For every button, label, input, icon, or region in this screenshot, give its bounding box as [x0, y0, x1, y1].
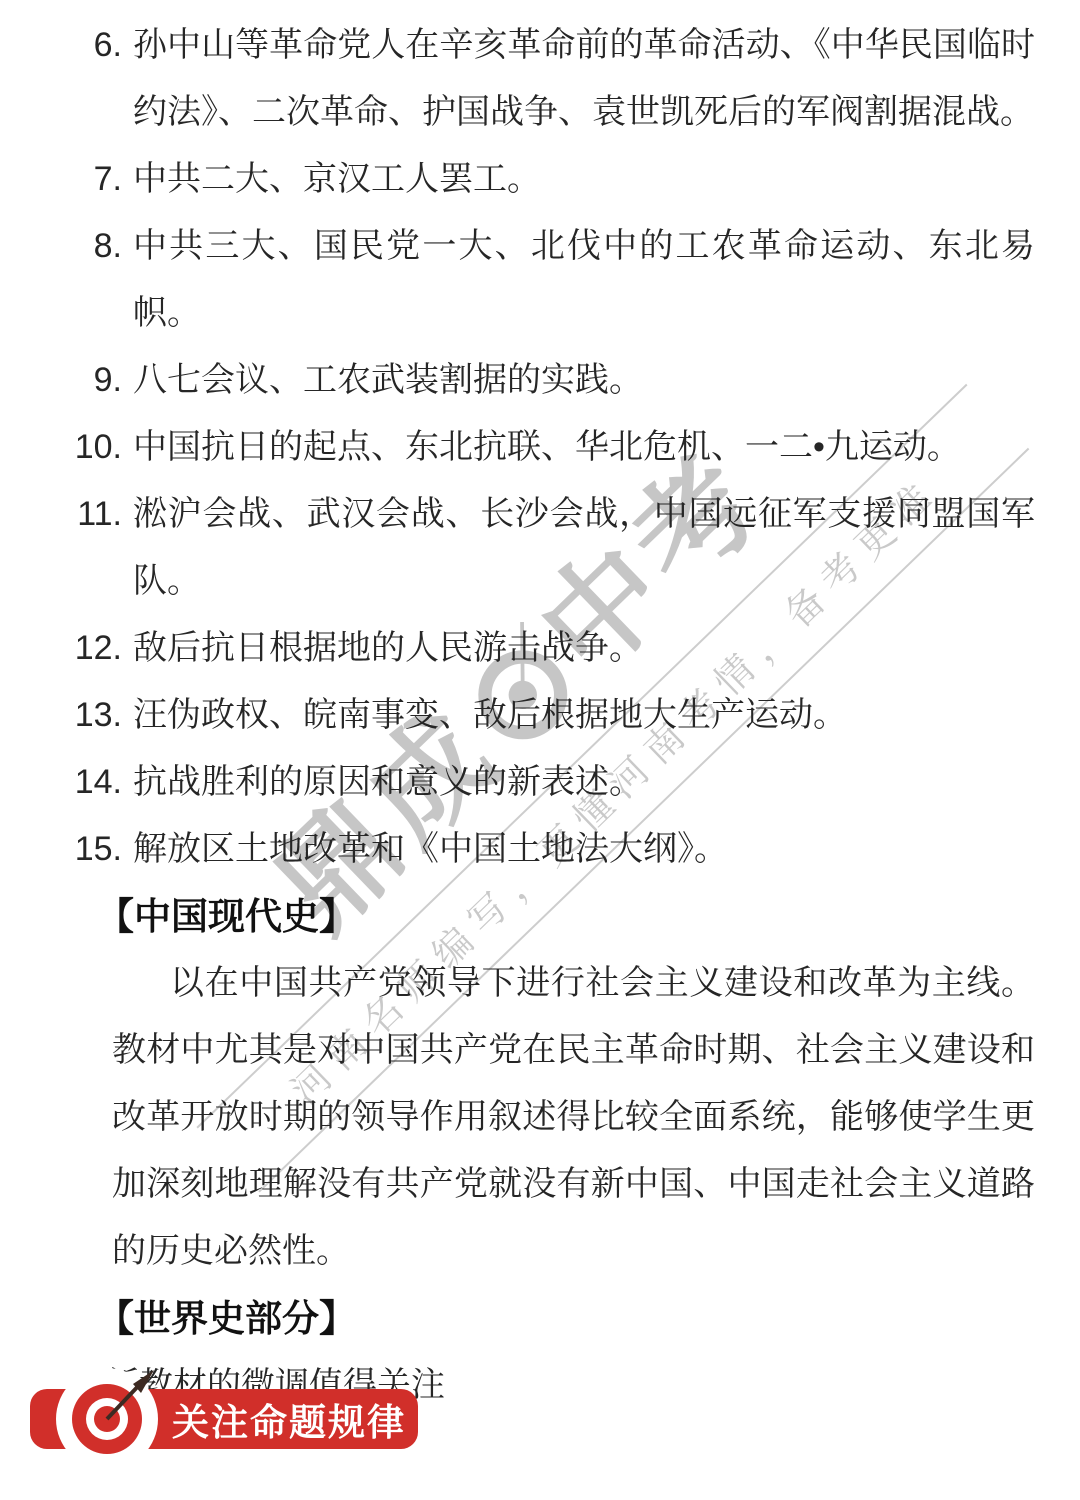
list-item-number: 11.: [0, 481, 122, 615]
list-item-number: 8.: [0, 213, 122, 347]
list-item-number: 7.: [0, 146, 122, 213]
list-item-text: 汪伪政权、皖南事变、敌后根据地大生产运动。: [133, 682, 1035, 749]
list-item: 15. 解放区土地改革和《中国土地法大纲》。: [0, 816, 1080, 883]
list-item-number: 14.: [0, 749, 122, 816]
document-content: 6. 孙中山等革命党人在辛亥革命前的革命活动、《中华民国临时约法》、二次革命、护…: [0, 0, 1080, 1419]
list-item: 9. 八七会议、工农武装割据的实践。: [0, 347, 1080, 414]
promo-badge: 关注命题规律: [30, 1389, 418, 1449]
list-item: 7. 中共二大、京汉工人罢工。: [0, 146, 1080, 213]
list-item: 14. 抗战胜利的原因和意义的新表述。: [0, 749, 1080, 816]
list-item-number: 12.: [0, 615, 122, 682]
list-item: 11. 淞沪会战、武汉会战、长沙会战，中国远征军支援同盟国军队。: [0, 481, 1080, 615]
promo-badge-label: 关注命题规律: [168, 1389, 410, 1449]
list-item: 12. 敌后抗日根据地的人民游击战争。: [0, 615, 1080, 682]
section-header-modern-china: 【中国现代史】: [0, 883, 1080, 950]
list-item-number: 13.: [0, 682, 122, 749]
document-page: 鼎成 中考 河南名师编写，更懂河南考情，备考更准 6. 孙中山等革命党人在辛亥革…: [0, 0, 1080, 1500]
list-item: 13. 汪伪政权、皖南事变、敌后根据地大生产运动。: [0, 682, 1080, 749]
list-item-text: 中共二大、京汉工人罢工。: [133, 146, 1035, 213]
list-item-number: 9.: [0, 347, 122, 414]
list-item-number: 6.: [0, 12, 122, 146]
section-header-world-history: 【世界史部分】: [0, 1285, 1080, 1352]
list-item: 8. 中共三大、国民党一大、北伐中的工农革命运动、东北易帜。: [0, 213, 1080, 347]
list-item: 6. 孙中山等革命党人在辛亥革命前的革命活动、《中华民国临时约法》、二次革命、护…: [0, 12, 1080, 146]
list-item-text: 解放区土地改革和《中国土地法大纲》。: [133, 816, 1035, 883]
list-item: 10. 中国抗日的起点、东北抗联、华北危机、一二•九运动。: [0, 414, 1080, 481]
list-item-text: 抗战胜利的原因和意义的新表述。: [133, 749, 1035, 816]
modern-china-paragraph: 以在中国共产党领导下进行社会主义建设和改革为主线。教材中尤其是对中国共产党在民主…: [0, 950, 1080, 1285]
list-item-text: 中共三大、国民党一大、北伐中的工农革命运动、东北易帜。: [133, 213, 1035, 347]
list-item-text: 中国抗日的起点、东北抗联、华北危机、一二•九运动。: [133, 414, 1035, 481]
list-item-text: 敌后抗日根据地的人民游击战争。: [133, 615, 1035, 682]
target-dart-icon: [55, 1367, 159, 1471]
list-item-text: 八七会议、工农武装割据的实践。: [133, 347, 1035, 414]
list-item-text: 淞沪会战、武汉会战、长沙会战，中国远征军支援同盟国军队。: [133, 481, 1035, 615]
list-item-text: 孙中山等革命党人在辛亥革命前的革命活动、《中华民国临时约法》、二次革命、护国战争…: [133, 12, 1035, 146]
list-item-number: 10.: [0, 414, 122, 481]
list-item-number: 15.: [0, 816, 122, 883]
